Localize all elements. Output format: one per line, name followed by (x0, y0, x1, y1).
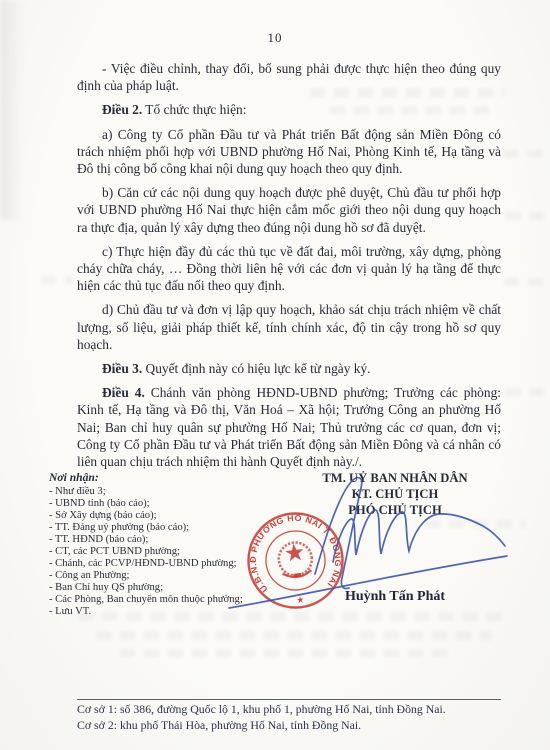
article-lead: Điều 4. (102, 385, 145, 400)
bleed-through-ghost (503, 150, 545, 158)
signature-underline-stroke (229, 556, 507, 608)
paragraph-text: Tổ chức thực hiện: (142, 102, 246, 117)
footer-addresses: Cơ sở 1: số 386, đường Quốc lộ 1, khu ph… (77, 699, 501, 733)
bleed-through-ghost (504, 278, 544, 286)
bleed-through-ghost (506, 212, 544, 220)
handwritten-signature (215, 462, 515, 622)
paragraph-article-3: Điều 3. Quyết định này có hiệu lực kể từ… (77, 360, 501, 377)
paragraph: a) Công ty Cổ phần Đầu tư và Phát triển … (77, 126, 501, 178)
paragraph-article-4: Điều 4. Chánh văn phòng HĐND-UBND phường… (77, 384, 501, 470)
paragraph-text: b) Căn cứ các nội dung quy hoạch được ph… (77, 185, 501, 234)
paragraph-article-2: Điều 2. Tổ chức thực hiện: (77, 101, 501, 118)
page-number: 10 (0, 30, 550, 46)
paragraph: b) Căn cứ các nội dung quy hoạch được ph… (77, 184, 501, 236)
footer-address-line1: Cơ sở 1: số 386, đường Quốc lộ 1, khu ph… (77, 702, 501, 718)
paragraph-text: - Việc điều chỉnh, thay đổi, bổ sung phả… (77, 61, 501, 93)
paragraph-text: Quyết định này có hiệu lực kể từ ngày ký… (142, 361, 370, 376)
bleed-through-ghost (506, 388, 544, 396)
scanned-document-page: 10 - Việc điều chỉnh, thay đổi, bổ sung … (0, 0, 550, 750)
paragraph: d) Chủ đầu tư và đơn vị lập quy hoạch, k… (77, 301, 501, 353)
article-lead: Điều 2. (102, 102, 142, 117)
bleed-through-ghost (120, 649, 450, 657)
paragraph-text: c) Thực hiện đầy đủ các thủ tục về đất đ… (77, 244, 501, 293)
paragraph-text: d) Chủ đầu tư và đơn vị lập quy hoạch, k… (77, 302, 501, 351)
document-body: - Việc điều chỉnh, thay đổi, bổ sung phả… (77, 60, 501, 477)
paragraph: c) Thực hiện đầy đủ các thủ tục về đất đ… (77, 243, 501, 295)
paragraph-text: a) Công ty Cổ phần Đầu tư và Phát triển … (77, 127, 501, 176)
footer-address-line2: Cơ sở 2: khu phố Thái Hòa, phường Hố Nai… (77, 718, 501, 734)
signature-scribble-stroke (333, 510, 505, 562)
paragraph: - Việc điều chỉnh, thay đổi, bổ sung phả… (77, 60, 501, 94)
bleed-through-ghost (41, 276, 73, 284)
bleed-through-ghost (96, 631, 492, 640)
article-lead: Điều 3. (102, 361, 142, 376)
